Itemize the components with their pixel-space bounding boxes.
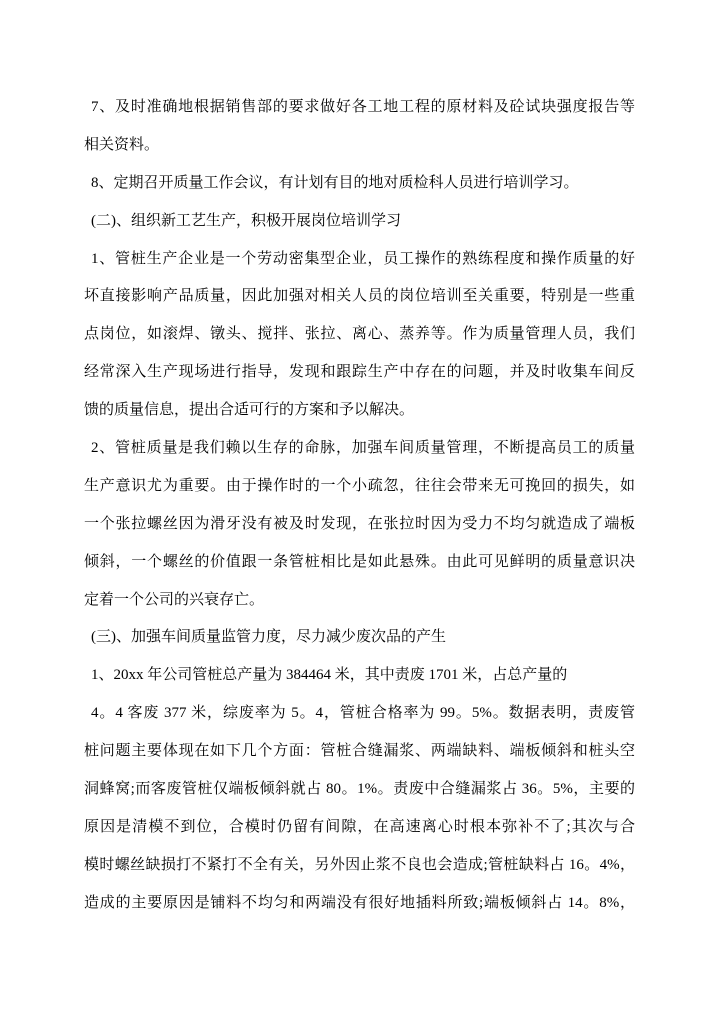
text-line: 1、管桩生产企业是一个劳动密集型企业，员工操作的熟练程度和操作质量的好 (84, 241, 635, 279)
text-line: 倾斜，一个螺丝的价值跟一条管桩相比是如此悬殊。由此可见鲜明的质量意识决 (84, 544, 635, 582)
text-line: 8、定期召开质量工作会议，有计划有目的地对质检科人员进行培训学习。 (84, 165, 635, 203)
text-line: 原因是清模不到位，合模时仍留有间隙，在高速离心时根本弥补不了;其次与合 (84, 809, 635, 847)
text-line: 生产意识尤为重要。由于操作时的一个小疏忽，往往会带来无可挽回的损失，如 (84, 468, 635, 506)
text-line: 2、管桩质量是我们赖以生存的命脉，加强车间质量管理，不断提高员工的质量 (84, 430, 635, 468)
text-line: (三)、加强车间质量监管力度，尽力减少废次品的产生 (84, 619, 635, 657)
text-line: 相关资料。 (84, 127, 635, 165)
text-line: 模时螺丝缺损打不紧打不全有关，另外因止浆不良也会造成;管桩缺料占 16。4%， (84, 847, 635, 885)
text-line: 定着一个公司的兴衰存亡。 (84, 582, 635, 620)
text-line: 点岗位，如滚焊、镦头、搅拌、张拉、离心、蒸养等。作为质量管理人员，我们 (84, 316, 635, 354)
document-page: 7、及时准确地根据销售部的要求做好各工地工程的原材料及砼试块强度报告等 相关资料… (0, 0, 721, 1020)
text-line: 桩问题主要体现在如下几个方面：管桩合缝漏浆、两端缺料、端板倾斜和桩头空 (84, 733, 635, 771)
text-line: 经常深入生产现场进行指导，发现和跟踪生产中存在的问题，并及时收集车间反 (84, 354, 635, 392)
text-line: 4。4 客废 377 米，综废率为 5。4，管桩合格率为 99。5%。数据表明，… (84, 695, 635, 733)
text-line: 馈的质量信息，提出合适可行的方案和予以解决。 (84, 392, 635, 430)
text-line: (二)、组织新工艺生产，积极开展岗位培训学习 (84, 203, 635, 241)
text-line: 一个张拉螺丝因为滑牙没有被及时发现，在张拉时因为受力不均匀就造成了端板 (84, 506, 635, 544)
text-line: 1、20xx 年公司管桩总产量为 384464 米，其中责废 1701 米，占总… (84, 657, 635, 695)
text-line: 造成的主要原因是铺料不均匀和两端没有很好地插料所致;端板倾斜占 14。8%， (84, 885, 635, 923)
text-line: 坏直接影响产品质量，因此加强对相关人员的岗位培训至关重要，特别是一些重 (84, 278, 635, 316)
text-line: 洞蜂窝;而客废管桩仅端板倾斜就占 80。1%。责废中合缝漏浆占 36。5%，主要… (84, 771, 635, 809)
text-line: 7、及时准确地根据销售部的要求做好各工地工程的原材料及砼试块强度报告等 (84, 89, 635, 127)
